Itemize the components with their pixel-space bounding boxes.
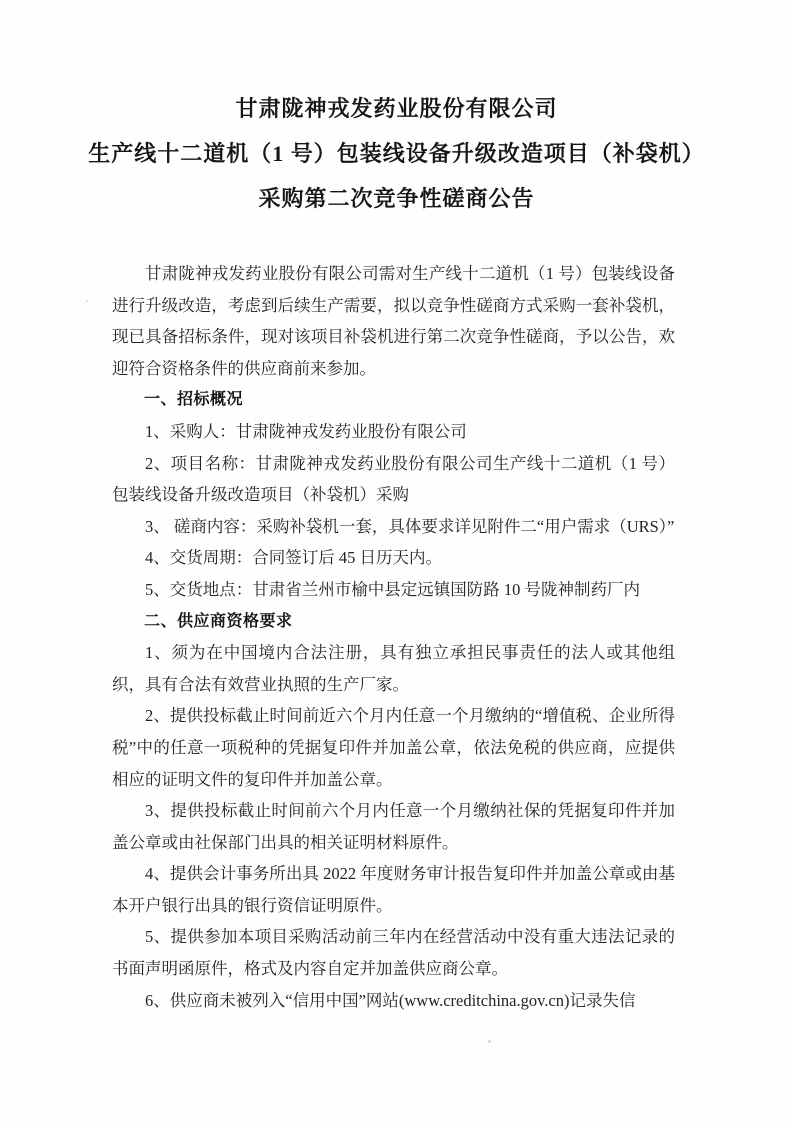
section-1-item-3: 3、 磋商内容：采购补袋机一套，具体要求详见附件二“用户需求（URS）” <box>112 511 675 543</box>
section-2-item-3: 3、提供投标截止时间前六个月内任意一个月缴纳社保的凭据复印件并加盖公章或由社保部… <box>112 795 675 858</box>
document-title: 甘肃陇神戎发药业股份有限公司 生产线十二道机（1 号）包装线设备升级改造项目（补… <box>0 0 793 221</box>
section-2-item-1: 1、须为在中国境内合法注册，具有独立承担民事责任的法人或其他组织，具有合法有效营… <box>112 637 675 700</box>
section-1-item-5: 5、交货地点：甘肃省兰州市榆中县定远镇国防路 10 号陇神制药厂内 <box>112 574 675 606</box>
intro-paragraph: 甘肃陇神戎发药业股份有限公司需对生产线十二道机（1 号）包装线设备进行升级改造，… <box>112 258 675 384</box>
scan-speck <box>86 300 88 302</box>
section-2-item-6: 6、供应商未被列入“信用中国”网站(www.creditchina.gov.cn… <box>112 985 675 1017</box>
section-2-item-4: 4、提供会计事务所出具 2022 年度财务审计报告复印件并加盖公章或由基本开户银… <box>112 858 675 921</box>
document-title-line-1: 甘肃陇神戎发药业股份有限公司 <box>0 86 793 131</box>
document-title-line-3: 采购第二次竞争性磋商公告 <box>0 176 793 221</box>
document-body: 甘肃陇神戎发药业股份有限公司需对生产线十二道机（1 号）包装线设备进行升级改造，… <box>112 258 675 1016</box>
section-1-item-2: 2、项目名称：甘肃陇神戎发药业股份有限公司生产线十二道机（1 号）包装线设备升级… <box>112 448 675 511</box>
section-2-item-2: 2、提供投标截止时间前近六个月内任意一个月缴纳的“增值税、企业所得税”中的任意一… <box>112 700 675 795</box>
section-1-heading: 一、招标概况 <box>112 384 675 416</box>
document-page: 甘肃陇神戎发药业股份有限公司 生产线十二道机（1 号）包装线设备升级改造项目（补… <box>0 0 793 1122</box>
section-1-item-1: 1、采购人：甘肃陇神戎发药业股份有限公司 <box>112 416 675 448</box>
document-title-line-2: 生产线十二道机（1 号）包装线设备升级改造项目（补袋机） <box>0 131 793 176</box>
section-2-item-5: 5、提供参加本项目采购活动前三年内在经营活动中没有重大违法记录的书面声明函原件，… <box>112 921 675 984</box>
section-2-heading: 二、供应商资格要求 <box>112 606 675 638</box>
scan-speck <box>488 1040 491 1043</box>
section-1-item-4: 4、交货周期：合同签订后 45 日历天内。 <box>112 542 675 574</box>
